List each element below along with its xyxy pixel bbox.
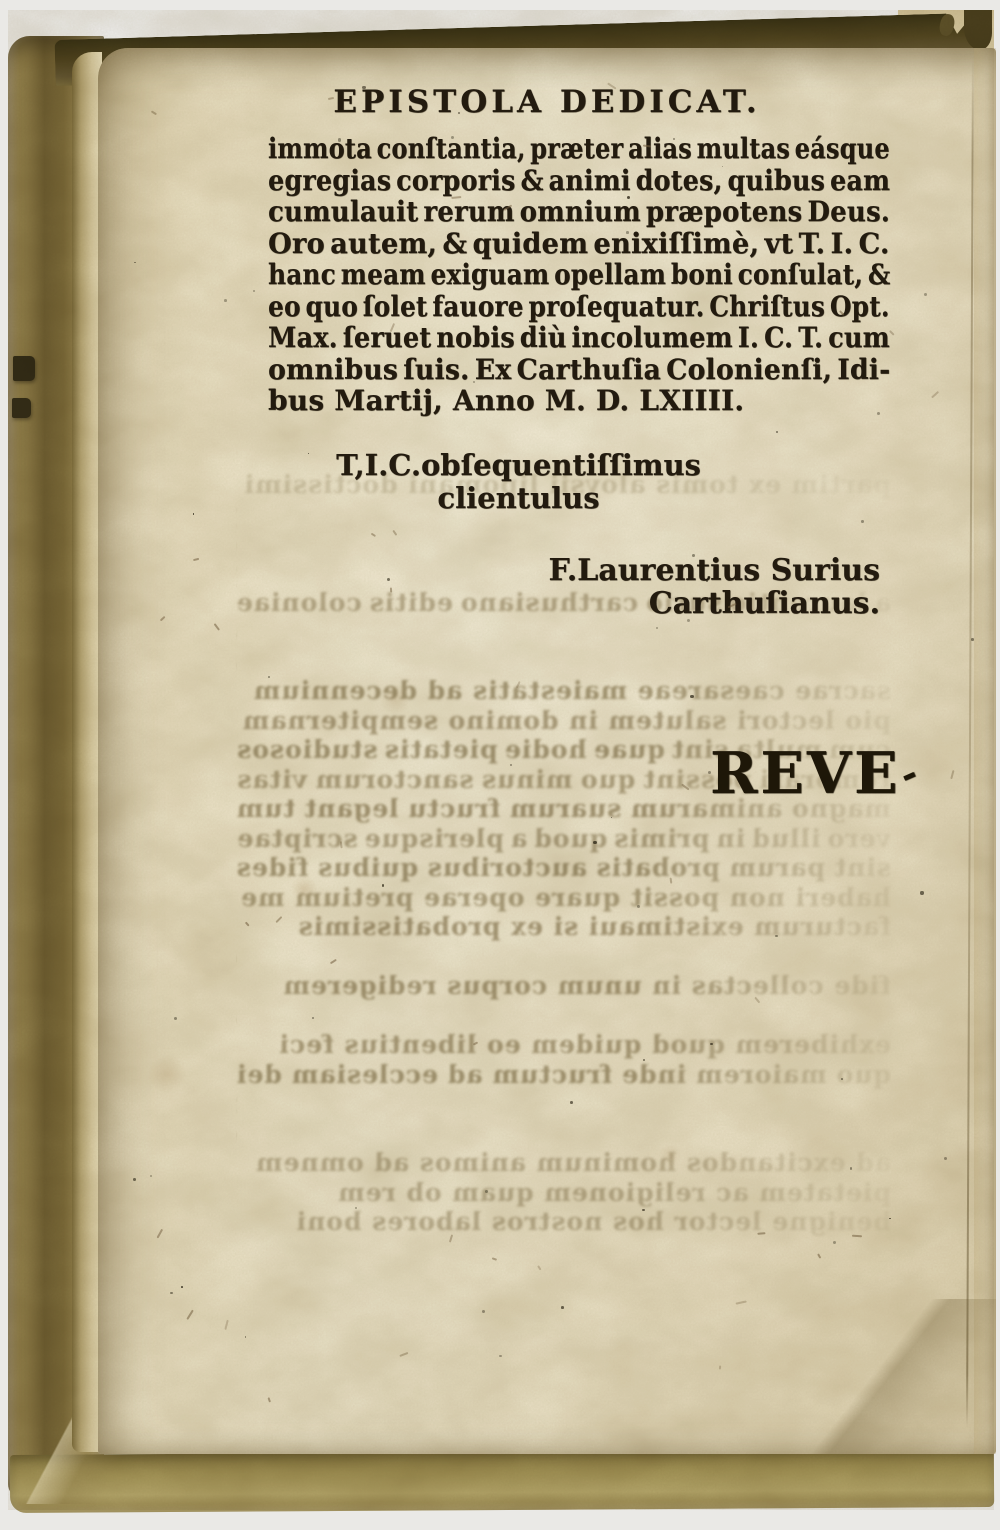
author-signature: F.Laurentius Surius Carthuſianus. [548,554,880,620]
valediction-line: clientulus [266,482,771,515]
paper-speck [944,1157,947,1160]
paper-speck [499,1355,501,1357]
paper-stain [146,1056,188,1092]
signature-line: F.Laurentius Surius [548,554,880,587]
paper-fiber [818,1254,822,1259]
paper-fiber [268,1397,271,1402]
paper-speck [193,513,195,515]
dedication-line: Oro autem, & quidem enixiſſimè, vt T. I.… [268,228,873,260]
paper-speck [150,1175,152,1177]
binding-clasp-mark [12,398,31,418]
paper-fiber [719,1366,721,1371]
page-corner-shadow [746,1299,996,1454]
paper-fiber [491,1257,496,1260]
paper-speck [561,1306,564,1309]
catchword-text: REVE [710,740,901,807]
paper-fiber [193,558,199,561]
paper-speck [924,293,927,296]
bleedthrough-line: sacrae caesareae maiestatis ad decennium [236,676,891,706]
paper-fiber [214,623,220,630]
dedication-text: immota conſtantia, præter alias multas e… [268,133,890,417]
paper-speck [181,1286,183,1288]
paper-fiber [538,1265,542,1270]
bleedthrough-line: vero illud in primis quod a plerisque sc… [236,824,891,854]
bleedthrough-line: ad excitandos hominum animos ad omnem [236,1148,891,1178]
page-title: EPISTOLA DEDICAT. [98,84,996,120]
paper-speck [170,1292,172,1294]
paper-fiber [225,1320,229,1330]
signature-line: Carthuſianus. [548,587,880,620]
bleedthrough-line: pietatem ac religionem quam ob rem [236,1178,891,1208]
paper-speck [174,1017,177,1020]
paper-speck [253,290,255,292]
bleedthrough-line: fide collectas in unum corpus redigerem [236,971,891,1001]
bleedthrough-line: sint parum probatis auctoribus quibus fi… [236,853,891,883]
fore-edge-shading [974,48,996,1454]
paper-speck [134,262,135,263]
paper-fiber [931,391,938,398]
paper-fiber [951,770,955,779]
paper-fiber [889,330,894,335]
book-page: tomus primus de probatis sanctorum histo… [98,48,996,1454]
paper-speck [482,1310,485,1313]
bleedthrough-line: facturum existimaui si ex probatissimis [236,912,891,942]
dedication-line: omnibus ſuis. Ex Carthuſia Colonienſi, I… [268,354,861,386]
catchword: REVE- [710,740,921,807]
dedication-line: immota conſtantia, præter alias multas e… [268,133,803,165]
dedication-line: eo quo ſolet fauore proſequatur. Chriſtu… [268,291,819,323]
bleedthrough-line: pio lectori salutem in domino sempiterna… [236,706,891,736]
bleedthrough-line: haberi non possit quare operae pretium m… [236,883,891,913]
paper-fiber [736,1301,747,1305]
valediction: T,I.C.obſequentiſſimus clientulus [266,449,771,515]
paper-fiber [187,1310,194,1320]
page-crease [966,56,974,1428]
paper-speck [833,1241,836,1244]
dedication-line: cumulauit rerum omnium præpotens Deus. [268,196,845,228]
book: tomus primus de probatis sanctorum histo… [8,10,994,1510]
valediction-line: T,I.C.obſequentiſſimus [266,449,771,482]
paper-fiber [157,1229,163,1239]
bleedthrough-line: quo maiorem inde fructum ad ecclesiam de… [236,1060,891,1090]
paper-speck [245,1336,246,1337]
bleedthrough-line: benigne lector hos nostros labores boni [236,1207,891,1237]
paper-fiber [399,1352,408,1357]
paper-speck [224,299,227,302]
bleedthrough-line: exhiberem quod quidem eo libentius feci [236,1030,891,1060]
dedication-line: Max. ſeruet nobis diù incolumem I. C. T.… [268,322,836,354]
paper-fiber [161,616,166,621]
dedication-line: hanc meam exiguam opellam boni conſulat,… [268,259,818,291]
paper-speck [920,891,923,894]
binding-clasp-mark [13,356,35,381]
dedication-line: bus Martij, Anno M. D. LXIIII. [268,385,890,417]
paper-speck [776,431,778,433]
photo-background: { "page": { "heading": "EPISTOLA DEDICAT… [0,0,1000,1530]
dedication-line: egregias corporis & animi dotes, quibus … [268,165,833,197]
paper-speck [133,1178,136,1181]
